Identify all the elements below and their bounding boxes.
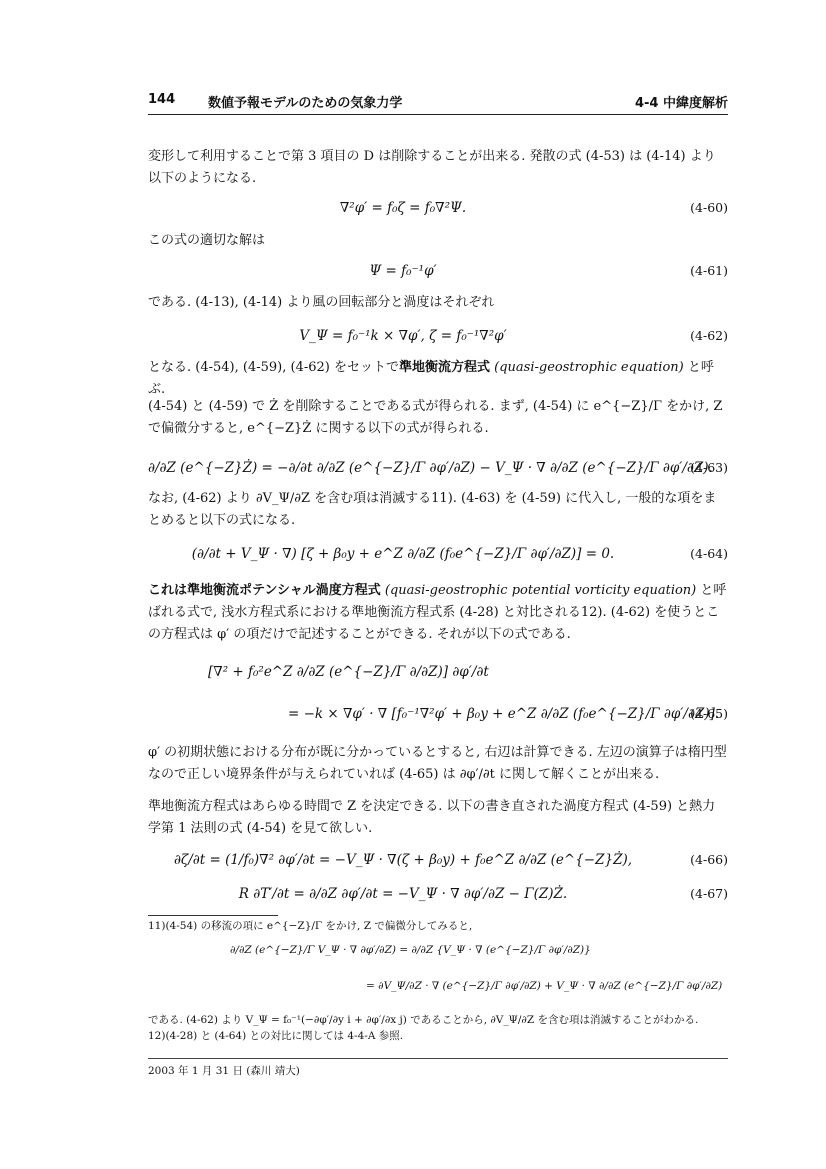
footer-date: 2003 年 1 月 31 日 (森川 靖大): [148, 1063, 300, 1078]
paragraph-6: なお, (4-62) より ∂V_Ψ/∂Z を含む項は消滅する11). (4-6…: [148, 488, 728, 532]
equation-4-62: V_Ψ = f₀⁻¹k × ∇φ′, ζ = f₀⁻¹∇²φ′ (4-62): [148, 324, 728, 348]
footnote-11-equation-2: = ∂V_Ψ/∂Z · ∇ (e^{−Z}/Γ ∂φ′/∂Z) + V_Ψ · …: [366, 978, 746, 994]
equation-number: (4-67): [690, 886, 728, 901]
equation-number: (4-64): [690, 546, 728, 561]
equation-body: [∇² + f₀²e^Z ∂/∂Z (e^{−Z}/Γ ∂/∂Z)] ∂φ′/∂…: [208, 664, 489, 680]
equation-body: ∂ζ/∂t = (1/f₀)∇² ∂φ′/∂t = −V_Ψ · ∇(ζ + β…: [148, 852, 658, 868]
equation-body: V_Ψ = f₀⁻¹k × ∇φ′, ζ = f₀⁻¹∇²φ′: [148, 324, 658, 348]
equation-4-64: (∂/∂t + V_Ψ · ∇) [ζ + β₀y + e^Z ∂/∂Z (f₀…: [148, 534, 728, 582]
term-english: (quasi-geostrophic potential vorticity e…: [385, 583, 696, 598]
footnote-11-conclusion: である. (4-62) より V_Ψ = f₀⁻¹(−∂φ′/∂y i + ∂φ…: [148, 1012, 738, 1028]
equation-4-60: ∇²φ′ = f₀ζ = f₀∇²Ψ. (4-60): [148, 196, 728, 220]
equation-body: Ψ = f₀⁻¹φ′: [148, 259, 658, 283]
footnote-11-intro: 11)(4-54) の移流の項に e^{−Z}/Γ をかけ, Z で偏微分してみ…: [148, 918, 738, 934]
paragraph-7: これは準地衡流ポテンシャル渦度方程式 (quasi-geostrophic po…: [148, 580, 728, 646]
footnote-11-equation-1: ∂/∂Z (e^{−Z}/Γ V_Ψ · ∇ ∂φ′/∂Z) = ∂/∂Z {V…: [230, 942, 730, 958]
equation-number: (4-63): [690, 460, 728, 475]
equation-body: = −k × ∇φ′ · ∇ [f₀⁻¹∇²φ′ + β₀y + e^Z ∂/∂…: [288, 706, 719, 722]
term-quasi-geostrophic-equation: 準地衡流方程式: [399, 360, 490, 375]
page-number: 144: [148, 92, 175, 107]
paragraph-4: となる. (4-54), (4-59), (4-62) をセットで準地衡流方程式…: [148, 357, 728, 401]
equation-number: (4-61): [690, 259, 728, 283]
equation-body: (∂/∂t + V_Ψ · ∇) [ζ + β₀y + e^Z ∂/∂Z (f₀…: [148, 546, 658, 562]
equation-4-65-line1: [∇² + f₀²e^Z ∂/∂Z (e^{−Z}/Γ ∂/∂Z)] ∂φ′/∂…: [148, 656, 728, 696]
equation-4-65-line2: = −k × ∇φ′ · ∇ [f₀⁻¹∇²φ′ + β₀y + e^Z ∂/∂…: [148, 698, 728, 738]
paragraph-5: (4-54) と (4-59) で Ż を削除することである式が得られる. まず…: [148, 396, 728, 440]
paragraph-2: この式の適切な解は: [148, 230, 728, 252]
equation-number: (4-60): [690, 196, 728, 220]
p4-pre: となる. (4-54), (4-59), (4-62) をセットで: [148, 360, 399, 375]
equation-number: (4-65): [690, 706, 728, 721]
header-rule: [148, 114, 728, 115]
equation-number: (4-62): [690, 324, 728, 348]
paragraph-1: 変形して利用することで第 3 項目の D は削除することが出来る. 発散の式 (…: [148, 146, 728, 190]
equation-4-61: Ψ = f₀⁻¹φ′ (4-61): [148, 259, 728, 283]
equation-body: ∇²φ′ = f₀ζ = f₀∇²Ψ.: [148, 196, 658, 220]
equation-body: R ∂T′/∂t = ∂/∂Z ∂φ′/∂t = −V_Ψ · ∇ ∂φ′/∂Z…: [148, 886, 658, 902]
equation-4-67: R ∂T′/∂t = ∂/∂Z ∂φ′/∂t = −V_Ψ · ∇ ∂φ′/∂Z…: [148, 882, 728, 914]
footer-rule: [148, 1058, 728, 1059]
paragraph-8: φ′ の初期状態における分布が既に分かっているとすると, 右辺は計算できる. 左…: [148, 742, 728, 786]
paragraph-9: 準地衡流方程式はあらゆる時間で Z を決定できる. 以下の書き直された渦度方程式…: [148, 796, 728, 840]
equation-number: (4-66): [690, 852, 728, 867]
term-english: (quasi-geostrophic equation): [494, 360, 684, 375]
equation-4-66: ∂ζ/∂t = (1/f₀)∇² ∂φ′/∂t = −V_Ψ · ∇(ζ + β…: [148, 846, 728, 882]
book-title: 数値予報モデルのための気象力学: [208, 92, 402, 111]
equation-body: ∂/∂Z (e^{−Z}Ż) = −∂/∂t ∂/∂Z (e^{−Z}/Γ ∂φ…: [148, 460, 658, 476]
paragraph-3: である. (4-13), (4-14) より風の回転部分と渦度はそれぞれ: [148, 292, 728, 314]
running-header: 144 数値予報モデルのための気象力学 4-4 中緯度解析: [148, 92, 728, 114]
section-title: 4-4 中緯度解析: [635, 92, 728, 111]
document-page: 144 数値予報モデルのための気象力学 4-4 中緯度解析 変形して利用すること…: [0, 0, 826, 1169]
term-qg-potential-vorticity-equation: これは準地衡流ポテンシャル渦度方程式: [148, 583, 381, 598]
footnote-12: 12)(4-28) と (4-64) との対比に関しては 4-4-A 参照.: [148, 1028, 738, 1044]
footnote-rule: [148, 915, 278, 916]
